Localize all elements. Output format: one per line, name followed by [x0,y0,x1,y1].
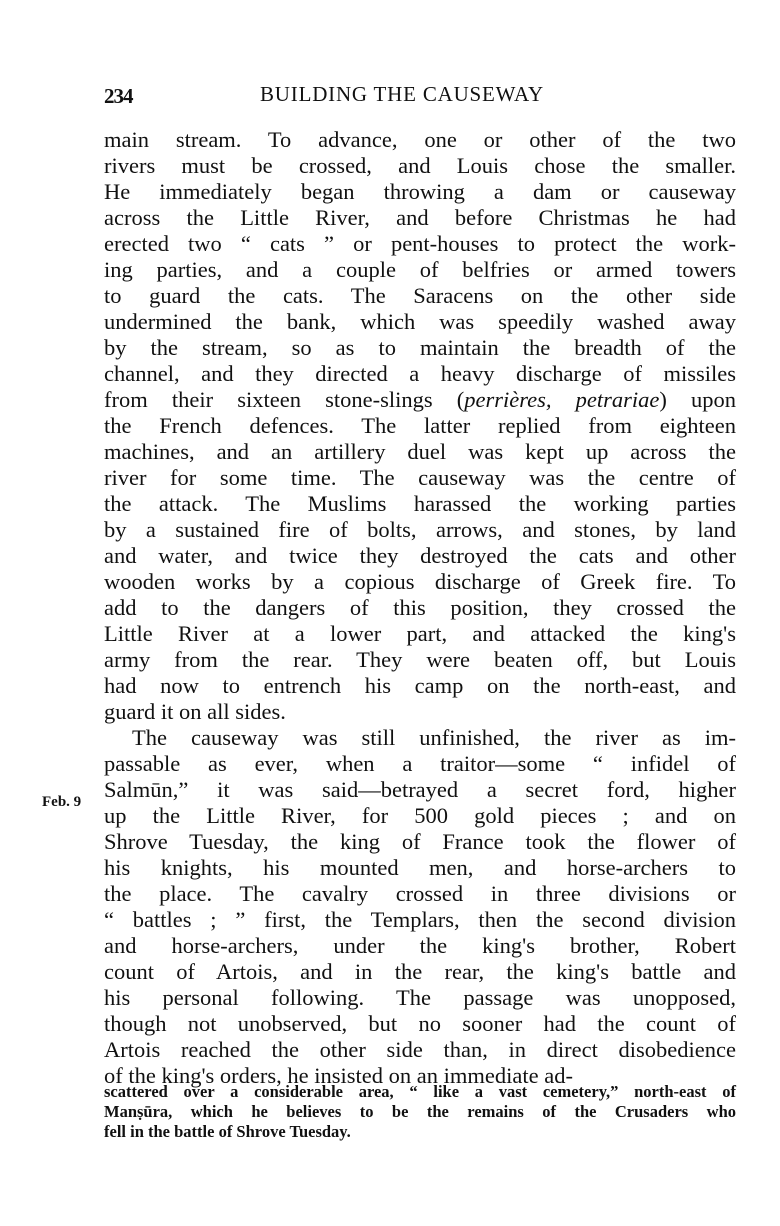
text-line: his knights, his mounted men, and horse-… [104,855,736,881]
text-line: guard it on all sides. [104,699,736,725]
body-text: main stream. To advance, one or other of… [104,127,736,1089]
text-line: “ battles ; ” first, the Templars, then … [104,907,736,933]
text-line: Shrove Tuesday, the king of France took … [104,829,736,855]
text-line: Artois reached the other side than, in d… [104,1037,736,1063]
text-line: add to the dangers of this position, the… [104,595,736,621]
text-line: and horse-archers, under the king's brot… [104,933,736,959]
text-line: count of Artois, and in the rear, the ki… [104,959,736,985]
text-line: passable as ever, when a traitor—some “ … [104,751,736,777]
text-line: his personal following. The passage was … [104,985,736,1011]
text-line: and water, and twice they destroyed the … [104,543,736,569]
text-line: to guard the cats. The Saracens on the o… [104,283,736,309]
running-title: BUILDING THE CAUSEWAY [260,82,544,107]
page-header: 234 BUILDING THE CAUSEWAY [104,80,736,110]
text-line: the French defences. The latter replied … [104,413,736,439]
text-line: channel, and they directed a heavy disch… [104,361,736,387]
footnote-line: scattered over a considerable area, “ li… [104,1082,736,1102]
text-line: from their sixteen stone-slings (perrièr… [104,387,736,413]
text-line: Little River at a lower part, and attack… [104,621,736,647]
text-line: undermined the bank, which was speedily … [104,309,736,335]
text-line: by a sustained fire of bolts, arrows, an… [104,517,736,543]
footnote: scattered over a considerable area, “ li… [104,1082,736,1142]
text-line: erected two “ cats ” or pent-houses to p… [104,231,736,257]
text-line: wooden works by a copious discharge of G… [104,569,736,595]
text-line: Salmūn,” it was said—betrayed a secret f… [104,777,736,803]
text-line: the attack. The Muslims harassed the wor… [104,491,736,517]
text-line: machines, and an artillery duel was kept… [104,439,736,465]
text-line: He immediately began throwing a dam or c… [104,179,736,205]
text-line: up the Little River, for 500 gold pieces… [104,803,736,829]
text-line: rivers must be crossed, and Louis chose … [104,153,736,179]
text-line: main stream. To advance, one or other of… [104,127,736,153]
footnote-line: Manṣūra, which he believes to be the rem… [104,1102,736,1122]
text-line: had now to entrench his camp on the nort… [104,673,736,699]
text-line: the place. The cavalry crossed in three … [104,881,736,907]
italic-term: perrières, petrariae [464,387,659,412]
text-line: across the Little River, and before Chri… [104,205,736,231]
margin-note-date: Feb. 9 [42,792,81,812]
text-line: The causeway was still unfinished, the r… [104,725,736,751]
page-number: 234 [104,84,133,109]
text-line: ing parties, and a couple of belfries or… [104,257,736,283]
text-line: by the stream, so as to maintain the bre… [104,335,736,361]
footnote-line: fell in the battle of Shrove Tuesday. [104,1122,736,1142]
text-line: though not unobserved, but no sooner had… [104,1011,736,1037]
text-line: river for some time. The causeway was th… [104,465,736,491]
text-line: army from the rear. They were beaten off… [104,647,736,673]
